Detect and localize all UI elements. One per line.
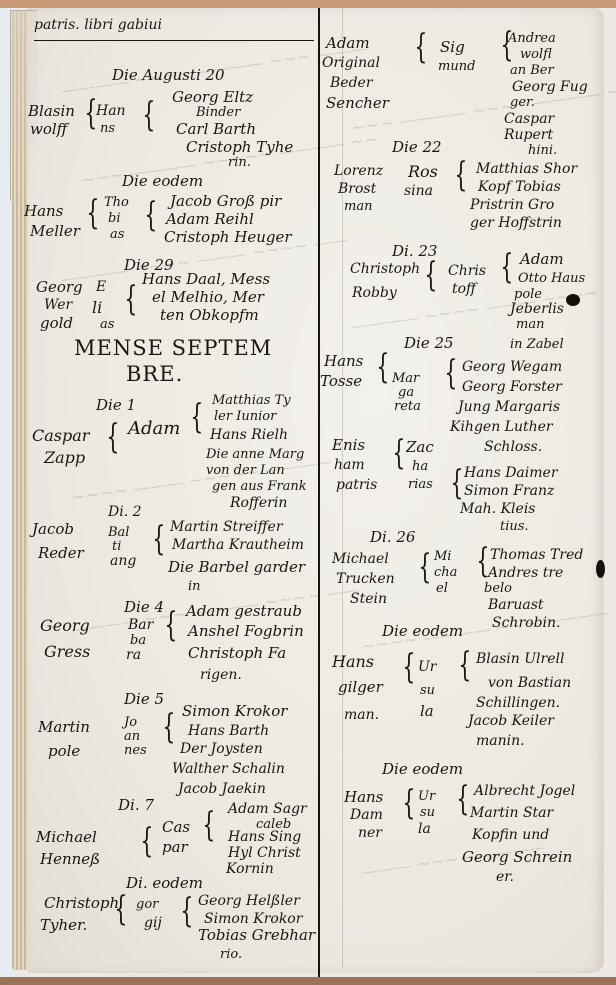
header-underline [34,40,314,41]
witness: Jacob Keiler [468,714,554,728]
witness: Der Joysten [180,742,263,756]
father-name: man [344,200,372,213]
witness: Cristoph Heuger [164,230,292,245]
bracket: { [414,30,427,64]
child-name: Bar [128,618,153,632]
father-name: Robby [352,286,397,300]
bracket: { [450,466,463,500]
entry-date: Di. 2 [108,505,142,519]
witness: Jeberlis [510,302,564,316]
child-name: el [436,582,448,595]
child-name: la [418,822,431,836]
entry-date: Die Augusti 20 [112,68,225,83]
witness: Schrobin. [492,616,560,630]
witness: gen aus Frank [212,480,307,493]
child-name: sina [404,184,433,198]
month-heading: BRE. [126,364,183,385]
child-name: Cas [162,820,190,835]
witness: rin. [228,156,251,169]
witness: Hans Rielh [210,428,288,442]
entry-date: Die 5 [124,692,164,707]
father-name: Adam [326,36,370,51]
father-name: Gress [44,644,90,660]
witness: Thomas Tred [490,548,583,562]
father-name: Tosse [320,374,362,389]
witness: Albrecht Jogel [474,784,575,798]
bracket: { [164,608,177,642]
witness: in [188,580,201,593]
child-name: su [420,684,435,697]
father-name: Martin [38,720,90,735]
witness: Rupert [504,128,553,142]
father-name: Tyher. [40,918,87,933]
entry-date: Die 25 [404,336,454,351]
father-name: Blasin [28,104,75,119]
bracket: { [456,782,469,816]
child-name: Adam [128,420,180,438]
column-header-left: patris. libri gabiui [34,18,162,32]
witness: Hyl Christ [228,846,301,860]
witness: wolfl [520,48,552,61]
bracket: { [144,198,157,232]
father-name: Christoph [350,262,420,276]
father-name: gilger [338,680,383,695]
child-name: su [420,806,435,819]
witness: Die Barbel garder [168,560,305,575]
witness: tius. [500,520,529,533]
witness: Jung Margaris [458,400,560,414]
father-name: Michael [36,830,97,845]
witness: Die anne Marg [206,448,304,461]
father-name: Caspar [32,428,89,444]
witness: Simon Franz [464,484,554,498]
child-name: E [96,280,106,294]
witness: Martha Krautheim [172,538,304,552]
entry-date: Die eodem [382,624,463,639]
witness: Carl Barth [176,122,256,137]
child-name: as [100,318,114,331]
ink-blot [566,294,580,306]
entry-date: Die 1 [96,398,136,413]
witness: man [516,318,544,331]
child-name: toff [452,282,476,296]
witness: Simon Krokor [204,912,302,926]
column-divider-rule [318,8,320,980]
witness: Otto Haus [518,272,585,285]
witness: Kihgen Luther [450,420,553,434]
father-name: Original [322,56,380,70]
witness: Mah. Kleis [460,502,535,516]
witness: Blasin Ulrell [476,652,564,666]
bracket: { [424,258,437,292]
witness: hini. [528,144,557,157]
entry-date: Di. 26 [370,530,415,545]
father-name: wolff [30,122,67,137]
bracket: { [190,400,203,434]
father-name: Zapp [44,450,85,466]
child-name: Bal [108,526,129,539]
bracket: { [402,786,415,820]
father-name: Trucken [336,572,395,586]
bracket: { [152,522,165,556]
father-name: Hans [324,354,363,369]
entry-date: Die 22 [392,140,442,155]
witness: ten Obkopfm [160,308,259,323]
witness: el Melhio, Mer [152,290,264,305]
witness: pole [514,288,542,301]
witness: Kopfin und [472,828,549,842]
father-name: Georg [36,280,83,295]
witness: Christoph Fa [188,646,286,661]
child-name: cha [434,566,457,579]
father-name: man. [344,708,379,722]
bracket: { [106,420,119,454]
witness: Georg Wegam [462,360,562,374]
bracket: { [402,650,415,684]
child-name: gor [136,898,158,911]
child-name: Zac [406,440,434,455]
child-name: bi [108,212,120,225]
child-name: Mar [392,372,419,385]
child-name: mund [438,60,475,73]
child-name: ns [100,122,115,135]
child-name: Tho [104,196,129,209]
father-name: Henneß [40,852,100,867]
witness: ler Iunior [214,410,276,423]
father-name: Michael [332,552,389,566]
witness: Matthias Ty [212,394,291,407]
father-name: Enis [332,438,365,453]
father-name: gold [40,316,73,331]
witness: Hans Daal, Mess [142,272,270,287]
witness: Kopf Tobias [478,180,561,194]
father-name: Reder [38,546,84,561]
witness: Schloss. [484,440,542,454]
table-surface-top [0,0,616,8]
father-name: Lorenz [334,164,383,178]
witness: von der Lan [206,464,285,477]
bracket: { [500,250,513,284]
witness: Georg Forster [462,380,562,394]
ink-blot [596,560,605,578]
entry-date: Die 4 [124,600,164,615]
bracket: { [458,648,471,682]
father-name: patris [336,478,377,492]
entry-date: Die eodem [382,762,463,777]
child-name: Ur [418,790,435,803]
child-name: Han [96,104,126,118]
father-name: Georg [40,618,90,634]
bracket: { [142,98,155,132]
father-name: Beder [330,76,373,90]
child-name: li [92,300,102,316]
bracket: { [454,158,467,192]
child-name: gij [144,916,162,930]
witness: Adam Sagr [228,802,307,816]
father-name: Wer [44,298,72,312]
bracket: { [124,282,137,316]
bracket: { [392,436,405,470]
father-name: Sencher [326,96,389,111]
bracket: { [444,356,457,390]
child-name: Chris [448,264,486,278]
child-name: ha [412,460,428,473]
witness: von Bastian [488,676,571,690]
bracket: { [114,892,127,926]
child-name: Sig [440,40,465,55]
month-heading: MENSE SEPTEM [74,338,272,359]
bracket: { [180,894,193,928]
witness: Tobias Grebhar [198,928,315,943]
child-name: Jo [124,716,137,729]
father-name: Meller [30,224,80,239]
witness: rigen. [200,668,242,682]
child-name: ra [126,648,141,662]
child-name: ga [398,386,414,399]
child-name: rias [408,478,433,491]
witness: Martin Streiffer [170,520,283,534]
entry-date: Di. 7 [118,798,154,813]
witness: Georg Schrein [462,850,572,865]
child-name: as [110,228,124,241]
child-name: ang [110,554,136,568]
witness: belo [484,582,512,595]
witness: Adam Reihl [166,212,254,227]
father-name: Dam [350,808,383,822]
entry-date: Di. eodem [126,876,203,891]
witness: Anshel Fogbrin [188,624,304,639]
witness: Andrea [508,32,556,45]
child-name: reta [394,400,421,413]
witness: Walther Schalin [172,762,285,776]
witness: manin. [476,734,525,748]
witness: Matthias Shor [476,162,577,176]
witness: Hans Barth [188,724,269,738]
child-name: ba [130,634,146,647]
witness: er. [496,870,514,884]
child-name: ti [112,540,121,553]
child-name: Mi [434,550,451,563]
bracket: { [162,710,175,744]
father-name: Brost [338,182,376,196]
witness: Kornin [226,862,274,876]
witness: Adam [520,252,564,267]
child-name: Ros [408,164,438,180]
witness: Georg Helßler [198,894,300,908]
witness: Baruast [488,598,544,612]
witness: Jacob Groß pir [170,194,281,209]
witness: Hans Daimer [464,466,558,480]
father-name: Hans [332,654,374,670]
father-name: Stein [350,592,387,606]
entry-date: Die eodem [122,174,203,189]
witness: Pristrin Gro [470,198,554,212]
child-name: Ur [418,660,437,674]
entry-note: in Zabel [510,338,564,351]
witness: Caspar [504,112,554,126]
bracket: { [418,550,431,584]
witness: Jacob Jaekin [178,782,266,796]
witness: Rofferin [230,496,287,510]
witness: Andres tre [488,566,563,580]
child-name: an [124,730,140,743]
witness: rio. [220,948,242,961]
table-surface-bottom [0,977,616,985]
father-name: Jacob [32,522,74,537]
witness: Simon Krokor [182,704,287,719]
child-name: nes [124,744,147,757]
father-name: ham [334,458,365,472]
father-name: ner [358,826,382,840]
child-name: la [420,704,434,719]
witness: Schillingen. [476,696,560,710]
witness: Georg Eltz [172,90,253,105]
witness: ger. [510,96,535,109]
bracket: { [140,824,153,858]
father-name: Christoph [44,896,119,911]
witness: an Ber [510,64,554,77]
child-name: par [162,840,188,855]
bracket: { [86,196,99,230]
witness: ger Hoffstrin [470,216,562,230]
witness: Georg Fug [512,80,588,94]
witness: Adam gestraub [186,604,302,619]
bracket: { [376,350,389,384]
witness: Martin Star [470,806,553,820]
bracket: { [202,808,215,842]
father-name: Hans [24,204,63,219]
father-name: Hans [344,790,383,805]
witness: Hans Sing [228,830,301,844]
witness: Cristoph Tyhe [186,140,293,155]
witness: Binder [196,106,240,119]
father-name: pole [48,744,80,759]
